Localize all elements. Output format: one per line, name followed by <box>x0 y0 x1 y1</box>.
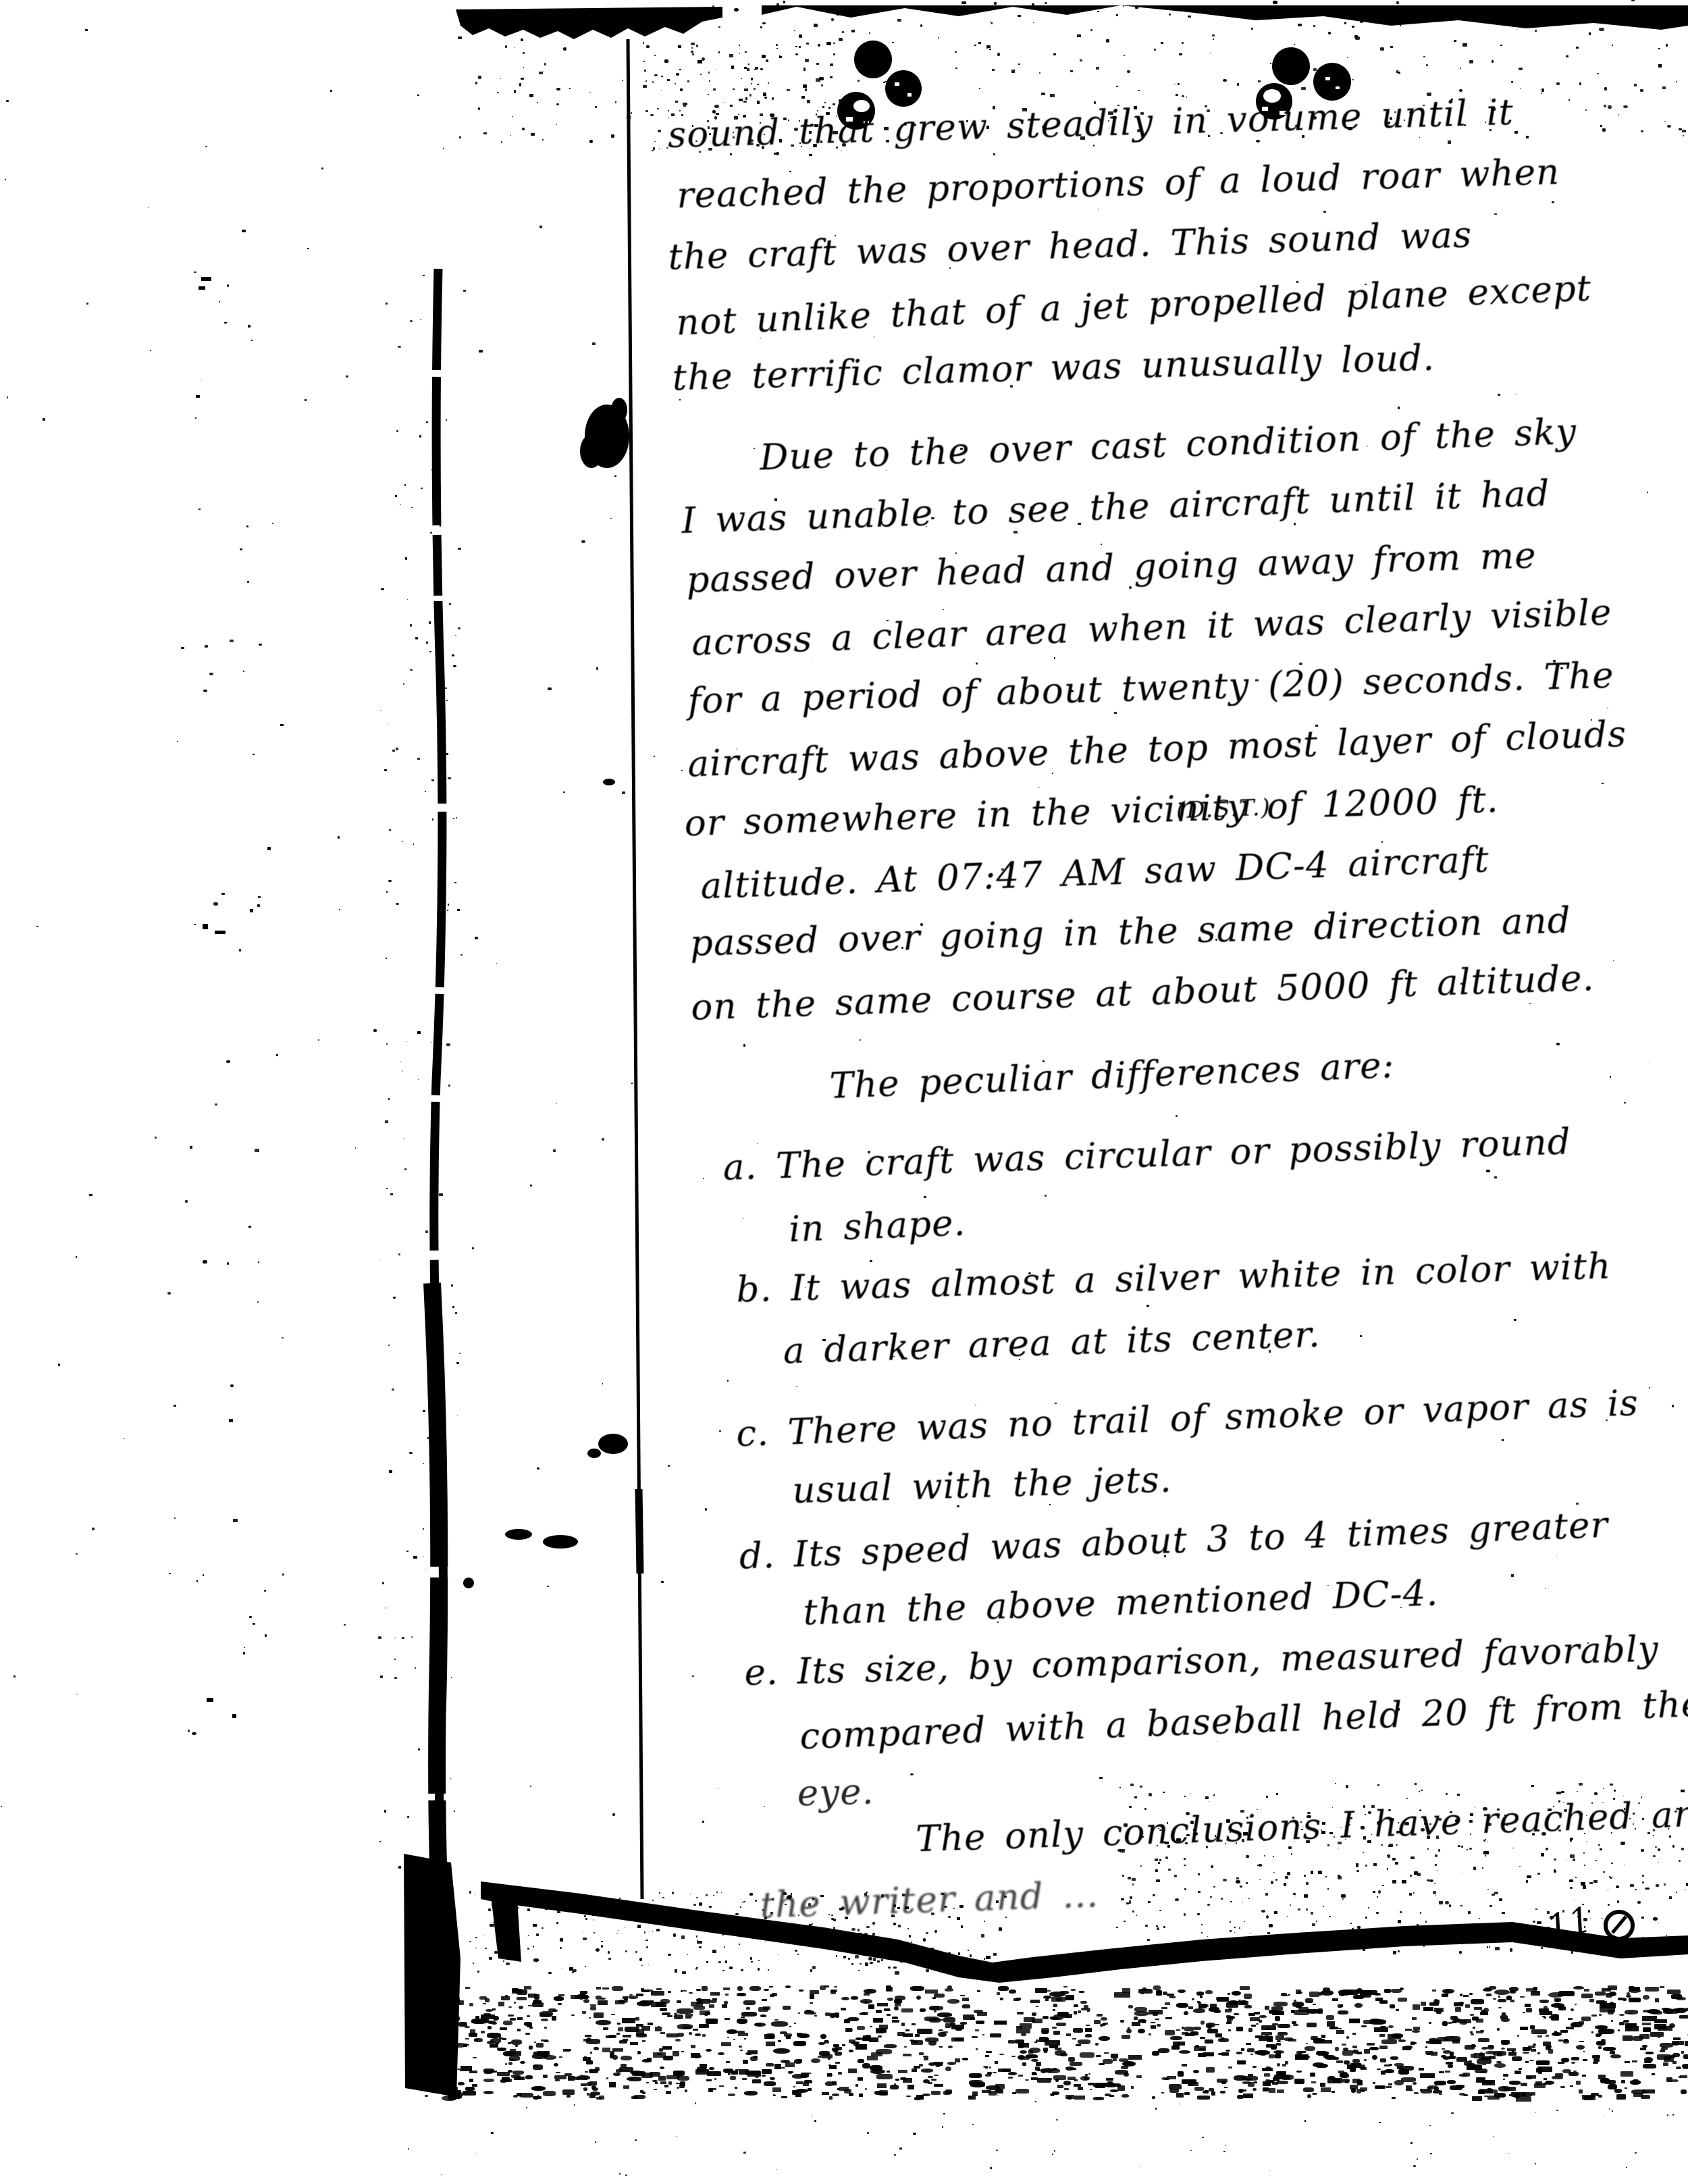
paragraph-para-1: sound that grew steadily in volume until… <box>672 75 1688 412</box>
top-band-left-artifact <box>456 7 722 39</box>
margin-marks <box>199 277 236 1718</box>
ink-blob-lower <box>463 779 628 1588</box>
top-band-right-artifact <box>762 5 1688 30</box>
left-bottom-block-artifact <box>404 1854 460 2097</box>
handwriting-line: The peculiar differences are: <box>828 1023 1688 1117</box>
manuscript: sound that grew steadily in volume until… <box>665 75 1688 1938</box>
dst-annotation: (D.S.T.) <box>1176 794 1271 825</box>
bottom-band-drop-artifact <box>490 1884 521 1962</box>
paragraph-para-2: Due to the over cast condition of the sk… <box>679 398 1688 1038</box>
fold-line-artifact <box>628 39 642 1899</box>
paragraph-heading: The peculiar differences are: <box>829 1025 1688 1115</box>
ink-blob-upper <box>580 398 629 468</box>
fold-line-blotch-segment <box>639 1489 640 1574</box>
scanned-report-page: 11 sound that grew steadily in volume un… <box>0 0 1688 2184</box>
